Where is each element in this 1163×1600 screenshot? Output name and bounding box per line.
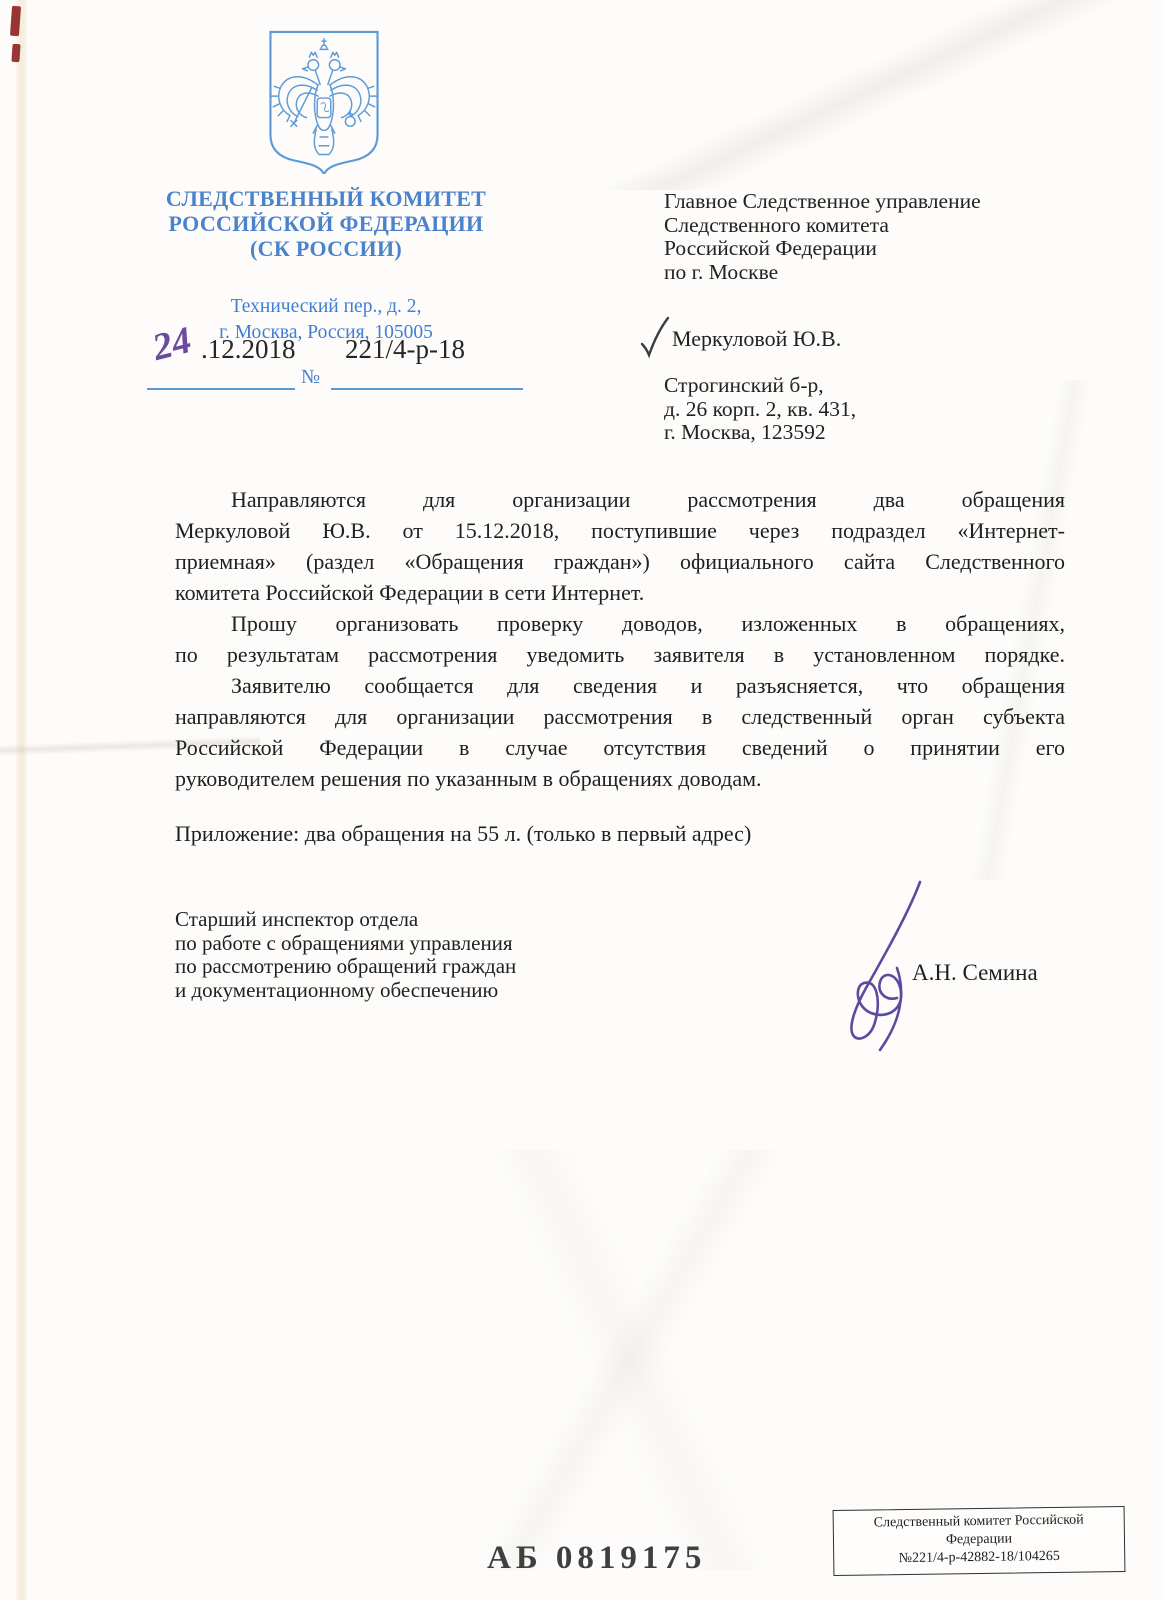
paper-crease	[560, 0, 1160, 190]
addressee-name: Меркуловой Ю.В.	[672, 326, 841, 352]
registration-line-right	[331, 388, 523, 390]
letter-date: .12.2018	[201, 334, 296, 365]
form-serial-number: АБ 0819175	[487, 1540, 706, 1577]
handwritten-checkmark-icon	[639, 316, 671, 360]
scanned-letter-page: СЛЕДСТВЕННЫЙ КОМИТЕТРОССИЙСКОЙ ФЕДЕРАЦИИ…	[0, 0, 1163, 1600]
outgoing-number: 221/4-р-18	[345, 334, 465, 365]
paragraph-2: Прошу организовать проверку доводов, изл…	[175, 608, 1065, 670]
registration-stamp: Следственный комитет РоссийскойФедерации…	[833, 1506, 1126, 1576]
recipient-address: Строгинский б-р,д. 26 корп. 2, кв. 431,г…	[664, 374, 1084, 445]
number-sign: №	[301, 366, 320, 389]
russian-coat-of-arms-icon	[263, 28, 385, 174]
letter-body: Направляются для организации рассмотрени…	[175, 484, 1065, 849]
signer-name: А.Н. Семина	[912, 960, 1038, 986]
paragraph-1: Направляются для организации рассмотрени…	[175, 484, 1065, 608]
paper-crease	[180, 1150, 1080, 1570]
registration-line-left	[147, 388, 295, 390]
paragraph-3: Заявителю сообщается для сведения и разъ…	[175, 670, 1065, 794]
org-name: СЛЕДСТВЕННЫЙ КОМИТЕТРОССИЙСКОЙ ФЕДЕРАЦИИ…	[140, 186, 512, 261]
recipient-organization: Главное Следственное управлениеСледствен…	[664, 190, 1084, 284]
scan-edge-stripe	[16, 0, 27, 1600]
attachment-note: Приложение: два обращения на 55 л. (толь…	[175, 818, 1065, 849]
signer-position: Старший инспектор отделапо работе с обра…	[175, 908, 655, 1002]
scan-artifact-mark	[11, 44, 20, 63]
